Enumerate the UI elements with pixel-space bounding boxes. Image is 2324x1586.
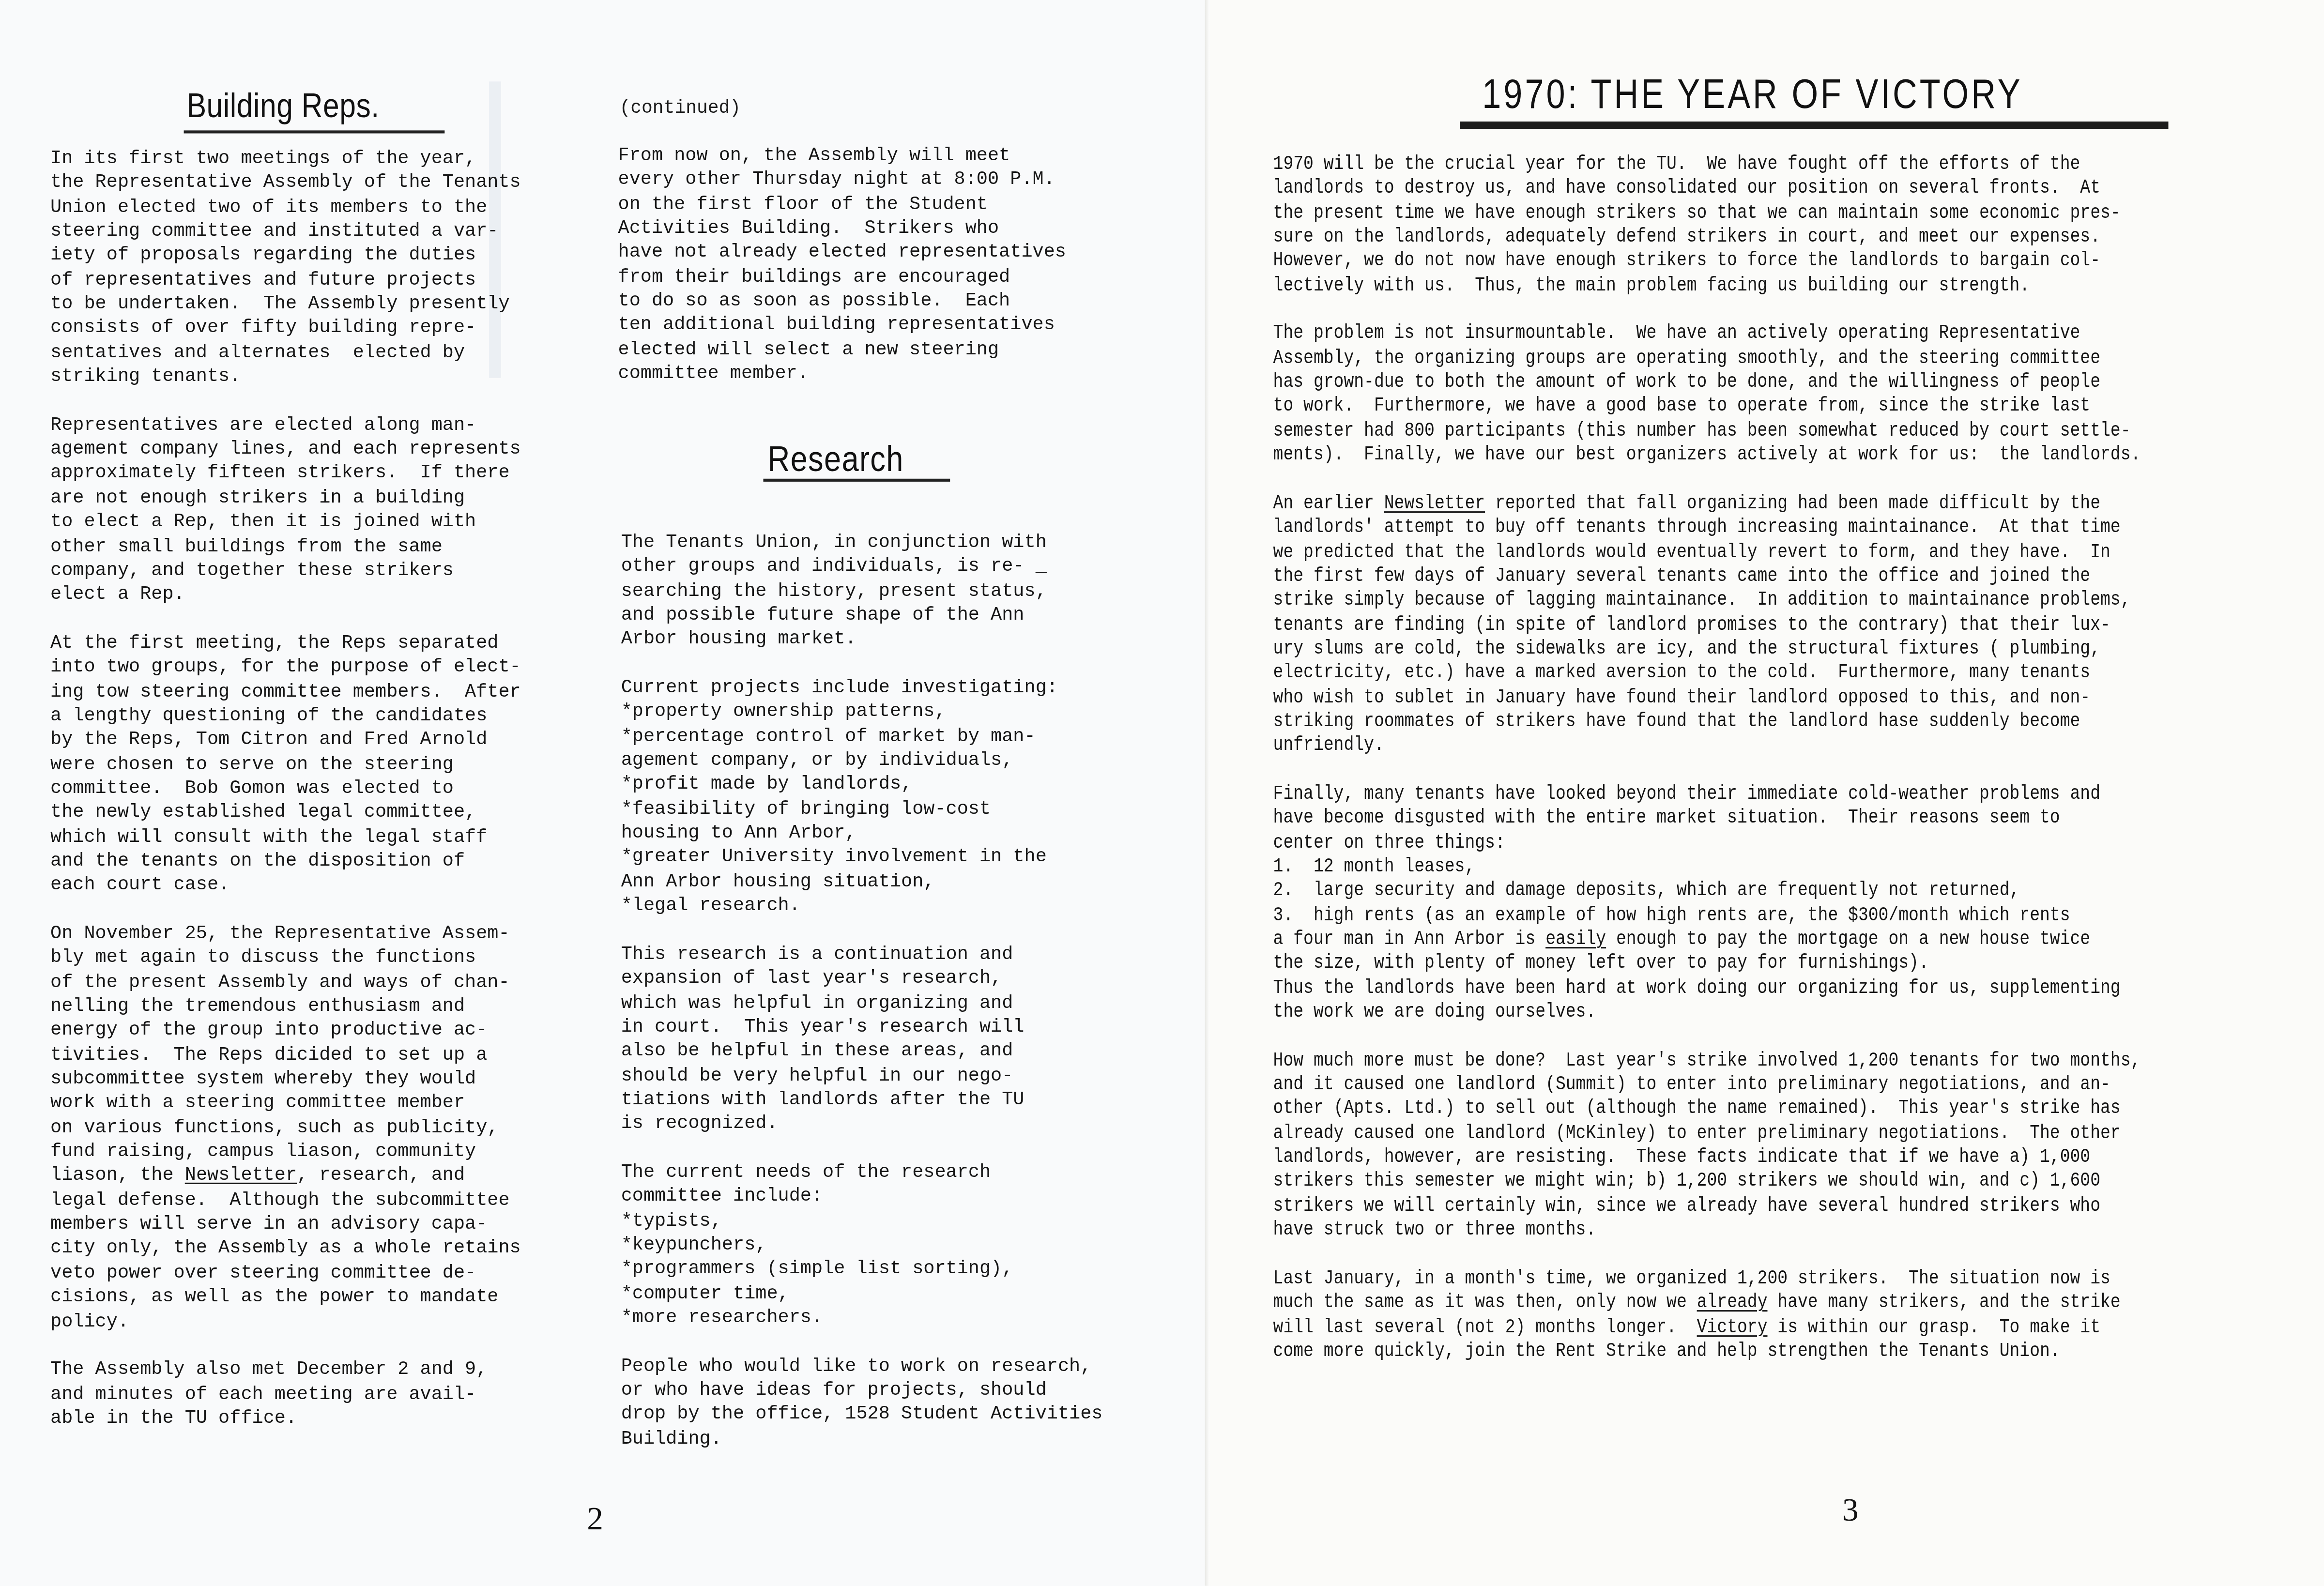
text-line: to do so as soon as possible. Each bbox=[618, 289, 1066, 313]
text-line: each court case. bbox=[50, 873, 521, 898]
page-number-2: 2 bbox=[587, 1500, 603, 1539]
page-number-3: 3 bbox=[1842, 1491, 1859, 1530]
building-reps-body: In its first two meetings of the year,th… bbox=[50, 147, 521, 1455]
text-line: steering committee and instituted a var- bbox=[50, 219, 521, 244]
text-line: a four man in Ann Arbor is easily enough… bbox=[1273, 928, 2141, 952]
text-line: Union elected two of its members to the bbox=[50, 195, 521, 219]
underlined-word: Newsletter bbox=[185, 1165, 297, 1186]
underlined-word: already bbox=[1697, 1291, 1768, 1313]
newsletter-spread: Building Reps. In its first two meetings… bbox=[0, 0, 2324, 1586]
building-reps-continued-body: From now on, the Assembly will meetevery… bbox=[618, 144, 1066, 410]
text-line: landlords to destroy us, and have consol… bbox=[1273, 177, 2141, 201]
text-line: is recognized. bbox=[621, 1112, 1103, 1136]
victory-body: 1970 will be the crucial year for the TU… bbox=[1273, 152, 2141, 1388]
text-line: ing tow steering committee members. Afte… bbox=[50, 680, 521, 704]
text-line: other small buildings from the same bbox=[50, 534, 521, 559]
text-line: Representatives are elected along man- bbox=[50, 413, 521, 437]
text-line: come more quickly, join the Rent Strike … bbox=[1273, 1340, 2141, 1364]
text-line: which will consult with the legal staff bbox=[50, 825, 521, 849]
text-line: The Tenants Union, in conjunction with bbox=[621, 531, 1103, 555]
text-line: the Representative Assembly of the Tenan… bbox=[50, 171, 521, 195]
text-line: to be undertaken. The Assembly presently bbox=[50, 292, 521, 316]
text-line: However, we do not now have enough strik… bbox=[1273, 249, 2141, 274]
text-line: and the tenants on the disposition of bbox=[50, 849, 521, 873]
text-line: Assembly, the organizing groups are oper… bbox=[1273, 347, 2141, 371]
text-line: striking roommates of strikers have foun… bbox=[1273, 710, 2141, 734]
text-line: already caused one landlord (McKinley) t… bbox=[1273, 1122, 2141, 1146]
paragraph: This research is a continuation andexpan… bbox=[621, 942, 1103, 1136]
text-line: legal defense. Although the subcommittee bbox=[50, 1188, 521, 1212]
text-line: able in the TU office. bbox=[50, 1406, 521, 1431]
text-line: ury slums are cold, the sidewalks are ic… bbox=[1273, 637, 2141, 661]
text-line: strikers this semester we might win; b) … bbox=[1273, 1170, 2141, 1194]
text-line: landlords' attempt to buy off tenants th… bbox=[1273, 516, 2141, 540]
text-line: elect a Rep. bbox=[50, 583, 521, 607]
text-line: This research is a continuation and bbox=[621, 942, 1103, 966]
text-line: of representatives and future projects bbox=[50, 268, 521, 292]
paragraph: Last January, in a month's time, we orga… bbox=[1273, 1267, 2141, 1364]
text-line: a lengthy questioning of the candidates bbox=[50, 704, 521, 728]
text-line: to work. Furthermore, we have a good bas… bbox=[1273, 395, 2141, 419]
text-line: fund raising, campus liason, community bbox=[50, 1140, 521, 1164]
paragraph: 1970 will be the crucial year for the TU… bbox=[1273, 152, 2141, 298]
paragraph: From now on, the Assembly will meetevery… bbox=[618, 144, 1066, 386]
text-line: cisions, as well as the power to mandate bbox=[50, 1285, 521, 1310]
text-line: other groups and individuals, is re- _ bbox=[621, 555, 1103, 579]
text-line: *keypunchers, bbox=[621, 1233, 1103, 1257]
text-line: ten additional building representatives bbox=[618, 313, 1066, 337]
text-line: policy. bbox=[50, 1310, 521, 1334]
text-line: in court. This year's research will bbox=[621, 1015, 1103, 1039]
text-line: Building. bbox=[621, 1427, 1103, 1451]
text-line: sure on the landlords, adequately defend… bbox=[1273, 225, 2141, 249]
text-line: tivities. The Reps dicided to set up a bbox=[50, 1043, 521, 1067]
text-line: lectively with us. Thus, the main proble… bbox=[1273, 274, 2141, 298]
text-line: striking tenants. bbox=[50, 365, 521, 389]
victory-underline bbox=[1460, 122, 2168, 129]
text-line: The current needs of the research bbox=[621, 1160, 1103, 1185]
text-line: searching the history, present status, bbox=[621, 579, 1103, 603]
paragraph: The current needs of the researchcommitt… bbox=[621, 1160, 1103, 1330]
text-line: on the first floor of the Student bbox=[618, 192, 1066, 216]
text-line: *programmers (simple list sorting), bbox=[621, 1257, 1103, 1281]
text-line: People who would like to work on researc… bbox=[621, 1354, 1103, 1378]
text-line: *property ownership patterns, bbox=[621, 700, 1103, 724]
paragraph: The Assembly also met December 2 and 9,a… bbox=[50, 1358, 521, 1431]
text-line: the present time we have enough strikers… bbox=[1273, 201, 2141, 225]
text-line: *feasibility of bringing low-cost bbox=[621, 797, 1103, 821]
text-line: should be very helpful in our nego- bbox=[621, 1064, 1103, 1088]
text-line: expansion of last year's research, bbox=[621, 966, 1103, 991]
text-line: *more researchers. bbox=[621, 1306, 1103, 1330]
text-line: Last January, in a month's time, we orga… bbox=[1273, 1267, 2141, 1291]
research-heading: Research bbox=[768, 440, 904, 482]
text-line: *percentage control of market by man- bbox=[621, 724, 1103, 748]
text-line: have become disgusted with the entire ma… bbox=[1273, 807, 2141, 831]
text-line: tenants are finding (in spite of landlor… bbox=[1273, 613, 2141, 637]
text-line: *legal research. bbox=[621, 894, 1103, 918]
research-body: The Tenants Union, in conjunction withot… bbox=[621, 531, 1103, 1475]
text-line: ments). Finally, we have our best organi… bbox=[1273, 443, 2141, 468]
text-line: will last several (not 2) months longer.… bbox=[1273, 1315, 2141, 1340]
building-reps-underline bbox=[184, 130, 445, 133]
text-line: have not already elected representatives bbox=[618, 241, 1066, 265]
text-line: work with a steering committee member bbox=[50, 1091, 521, 1115]
text-line: consists of over fifty building repre- bbox=[50, 316, 521, 340]
text-line: strike simply because of lagging maintai… bbox=[1273, 589, 2141, 613]
continued-label: (continued) bbox=[620, 98, 741, 119]
text-line: semester had 800 participants (this numb… bbox=[1273, 419, 2141, 443]
text-line: *computer time, bbox=[621, 1281, 1103, 1306]
research-underline bbox=[764, 479, 950, 482]
text-line: On November 25, the Representative Assem… bbox=[50, 922, 521, 946]
underlined-word: easily bbox=[1545, 928, 1606, 950]
text-line: into two groups, for the purpose of elec… bbox=[50, 656, 521, 680]
text-line: by the Reps, Tom Citron and Fred Arnold bbox=[50, 728, 521, 752]
paragraph: At the first meeting, the Reps separated… bbox=[50, 631, 521, 898]
text-line: committee. Bob Gomon was elected to bbox=[50, 777, 521, 801]
paragraph: On November 25, the Representative Assem… bbox=[50, 922, 521, 1334]
text-line: which was helpful in organizing and bbox=[621, 991, 1103, 1015]
text-line: from their buildings are encouraged bbox=[618, 265, 1066, 289]
text-line: sentatives and alternates elected by bbox=[50, 340, 521, 365]
paragraph: An earlier Newsletter reported that fall… bbox=[1273, 492, 2141, 758]
text-line: every other Thursday night at 8:00 P.M. bbox=[618, 168, 1066, 192]
text-line: elected will select a new steering bbox=[618, 337, 1066, 362]
text-line: have struck two or three months. bbox=[1273, 1219, 2141, 1243]
text-line: strikers we will certainly win, since we… bbox=[1273, 1194, 2141, 1219]
paragraph: Current projects include investigating:*… bbox=[621, 676, 1103, 918]
text-line: are not enough strikers in a building bbox=[50, 486, 521, 510]
paragraph: Representatives are elected along man-ag… bbox=[50, 413, 521, 607]
text-line: iety of proposals regarding the duties bbox=[50, 244, 521, 268]
paragraph: People who would like to work on researc… bbox=[621, 1354, 1103, 1451]
text-line: center on three things: bbox=[1273, 831, 2141, 855]
text-line: energy of the group into productive ac- bbox=[50, 1019, 521, 1043]
text-line: company, and together these strikers bbox=[50, 559, 521, 583]
text-line: *profit made by landlords, bbox=[621, 773, 1103, 797]
text-line: 1970 will be the crucial year for the TU… bbox=[1273, 152, 2141, 177]
text-line: members will serve in an advisory capa- bbox=[50, 1212, 521, 1236]
text-line: 1. 12 month leases, bbox=[1273, 855, 2141, 879]
text-line: From now on, the Assembly will meet bbox=[618, 144, 1066, 168]
text-line: or who have ideas for projects, should bbox=[621, 1378, 1103, 1403]
text-line: The problem is not insurmountable. We ha… bbox=[1273, 322, 2141, 347]
text-line: housing to Ann Arbor, bbox=[621, 821, 1103, 845]
text-line: Current projects include investigating: bbox=[621, 676, 1103, 700]
text-line: committee member. bbox=[618, 362, 1066, 386]
text-line: Activities Building. Strikers who bbox=[618, 216, 1066, 241]
text-line: bly met again to discuss the functions bbox=[50, 946, 521, 970]
paragraph: In its first two meetings of the year,th… bbox=[50, 147, 521, 389]
text-line: drop by the office, 1528 Student Activit… bbox=[621, 1403, 1103, 1427]
text-line: *greater University involvement in the bbox=[621, 845, 1103, 869]
building-reps-heading: Building Reps. bbox=[187, 86, 380, 126]
text-line: city only, the Assembly as a whole retai… bbox=[50, 1236, 521, 1261]
text-line: In its first two meetings of the year, bbox=[50, 147, 521, 171]
text-line: the newly established legal committee, bbox=[50, 801, 521, 825]
paragraph: The Tenants Union, in conjunction withot… bbox=[621, 531, 1103, 652]
text-line: also be helpful in these areas, and bbox=[621, 1039, 1103, 1064]
text-line: much the same as it was then, only now w… bbox=[1273, 1291, 2141, 1315]
text-line: the work we are doing ourselves. bbox=[1273, 1000, 2141, 1024]
text-line: veto power over steering committee de- bbox=[50, 1261, 521, 1285]
text-line: unfriendly. bbox=[1273, 734, 2141, 758]
text-line: the size, with plenty of money left over… bbox=[1273, 952, 2141, 976]
underlined-word: Newsletter bbox=[1384, 492, 1485, 514]
paragraph: Finally, many tenants have looked beyond… bbox=[1273, 782, 2141, 1024]
text-line: How much more must be done? Last year's … bbox=[1273, 1049, 2141, 1073]
text-line: landlords, however, are resisting. These… bbox=[1273, 1146, 2141, 1170]
text-line: Finally, many tenants have looked beyond… bbox=[1273, 782, 2141, 807]
text-line: and minutes of each meeting are avail- bbox=[50, 1382, 521, 1406]
text-line: other (Apts. Ltd.) to sell out (although… bbox=[1273, 1098, 2141, 1122]
text-line: subcommittee system whereby they would bbox=[50, 1067, 521, 1091]
text-line: agement company lines, and each represen… bbox=[50, 437, 521, 461]
text-line: An earlier Newsletter reported that fall… bbox=[1273, 492, 2141, 516]
text-line: to elect a Rep, then it is joined with bbox=[50, 510, 521, 534]
text-line: Ann Arbor housing situation, bbox=[621, 869, 1103, 894]
paragraph: The problem is not insurmountable. We ha… bbox=[1273, 322, 2141, 468]
text-line: Thus the landlords have been hard at wor… bbox=[1273, 976, 2141, 1000]
text-line: approximately fifteen strikers. If there bbox=[50, 461, 521, 486]
text-line: 3. high rents (as an example of how high… bbox=[1273, 903, 2141, 928]
text-line: Arbor housing market. bbox=[621, 627, 1103, 652]
text-line: and possible future shape of the Ann bbox=[621, 603, 1103, 627]
text-line: were chosen to serve on the steering bbox=[50, 752, 521, 777]
text-line: electricity, etc.) have a marked aversio… bbox=[1273, 661, 2141, 686]
center-fold bbox=[1205, 0, 1209, 1586]
text-line: of the present Assembly and ways of chan… bbox=[50, 970, 521, 994]
paragraph: How much more must be done? Last year's … bbox=[1273, 1049, 2141, 1242]
text-line: committee include: bbox=[621, 1185, 1103, 1209]
text-line: nelling the tremendous enthusiasm and bbox=[50, 994, 521, 1019]
text-line: The Assembly also met December 2 and 9, bbox=[50, 1358, 521, 1382]
text-line: the first few days of January several te… bbox=[1273, 564, 2141, 589]
text-line: on various functions, such as publicity, bbox=[50, 1115, 521, 1140]
text-line: liason, the Newsletter, research, and bbox=[50, 1164, 521, 1188]
text-line: we predicted that the landlords would ev… bbox=[1273, 540, 2141, 564]
text-line: who wish to sublet in January have found… bbox=[1273, 686, 2141, 710]
text-line: 2. large security and damage deposits, w… bbox=[1273, 879, 2141, 903]
text-line: At the first meeting, the Reps separated bbox=[50, 631, 521, 656]
text-line: has grown-due to both the amount of work… bbox=[1273, 371, 2141, 395]
underlined-word: Victory bbox=[1697, 1315, 1768, 1338]
text-line: agement company, or by individuals, bbox=[621, 748, 1103, 773]
text-line: and it caused one landlord (Summit) to e… bbox=[1273, 1073, 2141, 1098]
text-line: tiations with landlords after the TU bbox=[621, 1088, 1103, 1112]
text-line: *typists, bbox=[621, 1209, 1103, 1233]
victory-heading: 1970: THE YEAR OF VICTORY bbox=[1482, 71, 2022, 119]
